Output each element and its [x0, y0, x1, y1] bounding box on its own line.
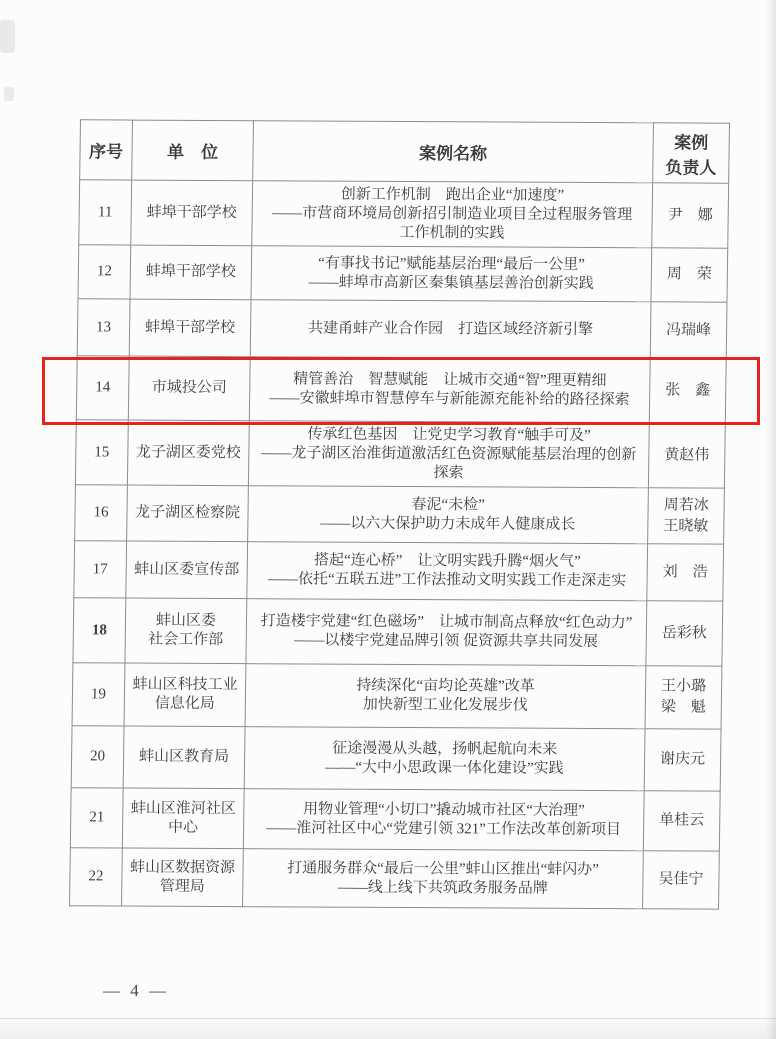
table-row: 13 蚌埠干部学校 共建甬蚌产业合作园 打造区域经济新引擎 冯瑞峰	[77, 299, 727, 359]
table-row: 17 蚌山区委宣传部 搭起“连心桥” 让文明实践升腾“烟火气”——依托“五联五进…	[74, 541, 724, 601]
row-index: 21	[70, 788, 123, 848]
header-index: 序号	[80, 120, 133, 180]
table-row: 20 蚌山区教育局 征途漫漫从头越，扬帆起航向未来——“大中小思政课一体化建设”…	[71, 726, 721, 791]
cell-line: 征途漫漫从头越，扬帆起航向未来	[249, 739, 640, 760]
table-row: 12 蚌埠干部学校 “有事找书记”赋能基层治理“最后一公里”——蚌埠市高新区秦集…	[78, 245, 728, 302]
cell-line: 社会工作部	[130, 631, 242, 651]
header-unit: 单 位	[132, 120, 254, 181]
cell-line: 探索	[253, 463, 644, 484]
cell-line: 龙子湖区检察院	[131, 504, 243, 524]
cell-line: 蚌埠干部学校	[135, 263, 247, 283]
row-case-name: 打造楼宇党建“红色磁场” 让城市制高点释放“红色动力”——以楼宇党建品牌引领 促…	[246, 599, 647, 666]
row-index: 19	[72, 663, 125, 726]
cell-line: 春泥“未检”	[253, 495, 644, 516]
cell-line: 蚌埠干部学校	[136, 203, 248, 223]
row-person: 谢庆元	[644, 729, 721, 791]
cell-line: 蚌山区委	[130, 612, 242, 632]
page-number: — 4 —	[103, 981, 169, 1001]
row-unit: 蚌山区淮河社区中心	[122, 788, 244, 849]
scan-edge-shadow	[766, 0, 776, 1039]
table-header-row: 序号 单 位 案例名称 案例 负责人	[80, 120, 730, 183]
cell-line: 搭起“连心桥” 让文明实践升腾“烟火气”	[252, 551, 643, 572]
table-row: 18 蚌山区委社会工作部 打造楼宇党建“红色磁场” 让城市制高点释放“红色动力”…	[73, 598, 723, 666]
row-unit: 龙子湖区委党校	[127, 420, 249, 486]
cell-line: ——线上线下共筑政务服务品牌	[247, 878, 638, 899]
row-case-name: 搭起“连心桥” 让文明实践升腾“烟火气”——依托“五联五进”工作法推动文明实践工…	[247, 542, 648, 601]
scan-artifact	[4, 87, 14, 101]
row-unit: 蚌埠干部学校	[129, 299, 251, 357]
row-person: 单桂云	[643, 791, 720, 851]
cell-line: 单桂云	[648, 810, 715, 831]
cell-line: 共建甬蚌产业合作园 打造区域经济新引擎	[255, 319, 646, 340]
row-index: 22	[70, 848, 123, 906]
row-case-name: 用物业管理“小切口”撬动城市社区“大治理”——淮河社区中心“党建引领 321”工…	[243, 789, 644, 851]
cell-line: 传承红色基因 让党史学习教育“触手可及”	[253, 425, 644, 446]
row-case-name: 春泥“未检”——以六大保护助力未成年人健康成长	[248, 486, 649, 544]
row-person: 黄赵伟	[648, 423, 725, 488]
cell-line: ——市营商环境局创新招引制造业项目全过程服务管理	[257, 204, 648, 225]
table-body: 11 蚌埠干部学校 创新工作机制 跑出企业“加速度”——市营商环境局创新招引制造…	[70, 180, 729, 909]
cell-line: 蚌山区科技工业	[129, 676, 241, 696]
cell-line: 加快新型工业化发展步伐	[250, 695, 641, 716]
row-index: 11	[79, 180, 132, 245]
table-row: 21 蚌山区淮河社区中心 用物业管理“小切口”撬动城市社区“大治理”——淮河社区…	[70, 788, 720, 851]
cell-line: 谢庆元	[649, 749, 716, 770]
cell-line: 打造楼宇党建“红色磁场” 让城市制高点释放“红色动力”	[251, 612, 642, 633]
row-person: 周若冰王晓敏	[648, 488, 725, 544]
row-index: 13	[77, 299, 130, 356]
cell-line: ——“大中小思政课一体化建设”实践	[249, 758, 640, 779]
cell-line: 刘 浩	[652, 562, 719, 583]
table-row: 22 蚌山区数据资源管理局 打通服务群众“最后一公里”蚌山区推出“蚌闪办”——线…	[70, 848, 720, 909]
cell-line: 蚌山区委宣传部	[131, 560, 243, 580]
cell-line: 黄赵伟	[653, 445, 720, 466]
cell-line: 王晓敏	[652, 516, 719, 537]
cell-line: 打通服务群众“最后一公里”蚌山区推出“蚌闪办”	[247, 859, 638, 880]
cell-line: 中心	[127, 818, 239, 838]
row-case-name: 持续深化“亩均论英雄”改革加快新型工业化发展步伐	[245, 664, 646, 729]
row-unit: 蚌山区数据资源管理局	[122, 848, 244, 907]
cell-line: 信息化局	[129, 695, 241, 715]
row-person: 吴佳宁	[643, 851, 720, 909]
cell-line: 周 荣	[656, 264, 723, 285]
cell-line: 尹 娜	[657, 205, 724, 226]
row-case-name: 征途漫漫从头越，扬帆起航向未来——“大中小思政课一体化建设”实践	[244, 727, 645, 791]
row-unit: 蚌山区委宣传部	[126, 541, 248, 599]
table-row: 15 龙子湖区委党校 传承红色基因 让党史学习教育“触手可及”——龙子湖区治淮街…	[75, 420, 725, 488]
cell-line: 蚌山区数据资源	[126, 858, 238, 878]
cell-line: ——淮河社区中心“党建引领 321”工作法改革创新项目	[248, 819, 639, 840]
row-person: 冯瑞峰	[650, 302, 727, 359]
cell-line: 持续深化“亩均论英雄”改革	[250, 676, 641, 697]
cell-line: 王小璐	[650, 676, 717, 697]
table-row: 16 龙子湖区检察院 春泥“未检”——以六大保护助力未成年人健康成长 周若冰王晓…	[75, 485, 725, 544]
row-person: 尹 娜	[652, 183, 729, 248]
row-index: 15	[75, 420, 128, 485]
scanned-page: 序号 单 位 案例名称 案例 负责人 11 蚌埠干部学校 创新工作机制 跑出企业…	[0, 0, 776, 1039]
highlight-box	[42, 357, 760, 425]
cell-line: 蚌山区淮河社区	[127, 799, 239, 819]
cell-line: 管理局	[126, 877, 238, 897]
row-case-name: 传承红色基因 让党史学习教育“触手可及”——龙子湖区治淮街道激活红色资源赋能基层…	[248, 421, 649, 488]
row-unit: 蚌埠干部学校	[131, 180, 253, 246]
row-unit: 蚌山区委社会工作部	[125, 598, 247, 664]
row-case-name: 打通服务群众“最后一公里”蚌山区推出“蚌闪办”——线上线下共筑政务服务品牌	[243, 849, 644, 909]
cell-line: “有事找书记”赋能基层治理“最后一公里”	[256, 254, 647, 275]
cell-line: ——蚌埠市高新区秦集镇基层善治创新实践	[256, 273, 647, 294]
cell-line: 创新工作机制 跑出企业“加速度”	[257, 185, 648, 206]
row-index: 20	[71, 726, 124, 788]
header-person: 案例 负责人	[653, 123, 730, 183]
row-person: 周 荣	[651, 248, 728, 302]
cell-line: 用物业管理“小切口”撬动城市社区“大治理”	[248, 800, 639, 821]
row-person: 王小璐梁 魁	[645, 666, 722, 729]
row-index: 12	[78, 245, 131, 299]
cell-line: 龙子湖区委党校	[132, 443, 244, 463]
row-person: 岳彩秋	[646, 601, 723, 666]
row-unit: 蚌埠干部学校	[130, 245, 252, 300]
table-row: 19 蚌山区科技工业信息化局 持续深化“亩均论英雄”改革加快新型工业化发展步伐 …	[72, 663, 722, 729]
cell-line: 吴佳宁	[647, 869, 714, 890]
row-unit: 蚌山区科技工业信息化局	[124, 663, 246, 727]
cell-line: ——以楼宇党建品牌引领 促资源共享共同发展	[251, 631, 642, 652]
cell-line: 周若冰	[653, 495, 720, 516]
scan-edge-shadow	[0, 1018, 776, 1039]
row-index: 18	[73, 598, 126, 663]
scan-artifact	[0, 20, 15, 53]
row-case-name: 共建甬蚌产业合作园 打造区域经济新引擎	[250, 300, 651, 359]
header-case-name: 案例名称	[253, 121, 654, 183]
header-person-line: 负责人	[657, 153, 724, 178]
cell-line: 岳彩秋	[651, 623, 718, 644]
row-unit: 龙子湖区检察院	[127, 485, 249, 542]
cell-line: 蚌埠干部学校	[134, 318, 246, 338]
row-index: 16	[75, 485, 128, 541]
header-person-line: 案例	[658, 128, 725, 153]
cell-line: 梁 魁	[650, 697, 717, 718]
cell-line: ——以六大保护助力未成年人健康成长	[252, 514, 643, 535]
cell-line: 蚌山区教育局	[128, 748, 240, 768]
cell-line: ——依托“五联五进”工作法推动文明实践工作走深走实	[251, 570, 642, 591]
cases-table: 序号 单 位 案例名称 案例 负责人 11 蚌埠干部学校 创新工作机制 跑出企业…	[69, 119, 730, 909]
cell-line: ——龙子湖区治淮街道激活红色资源赋能基层治理的创新	[253, 444, 644, 465]
row-person: 刘 浩	[647, 544, 724, 601]
row-case-name: 创新工作机制 跑出企业“加速度”——市营商环境局创新招引制造业项目全过程服务管理…	[252, 181, 653, 248]
table-row: 11 蚌埠干部学校 创新工作机制 跑出企业“加速度”——市营商环境局创新招引制造…	[79, 180, 729, 248]
row-unit: 蚌山区教育局	[123, 726, 245, 789]
row-index: 17	[74, 541, 127, 598]
cell-line: 工作机制的实践	[256, 223, 647, 244]
cell-line: 冯瑞峰	[655, 320, 722, 341]
row-case-name: “有事找书记”赋能基层治理“最后一公里”——蚌埠市高新区秦集镇基层善治创新实践	[251, 246, 652, 302]
